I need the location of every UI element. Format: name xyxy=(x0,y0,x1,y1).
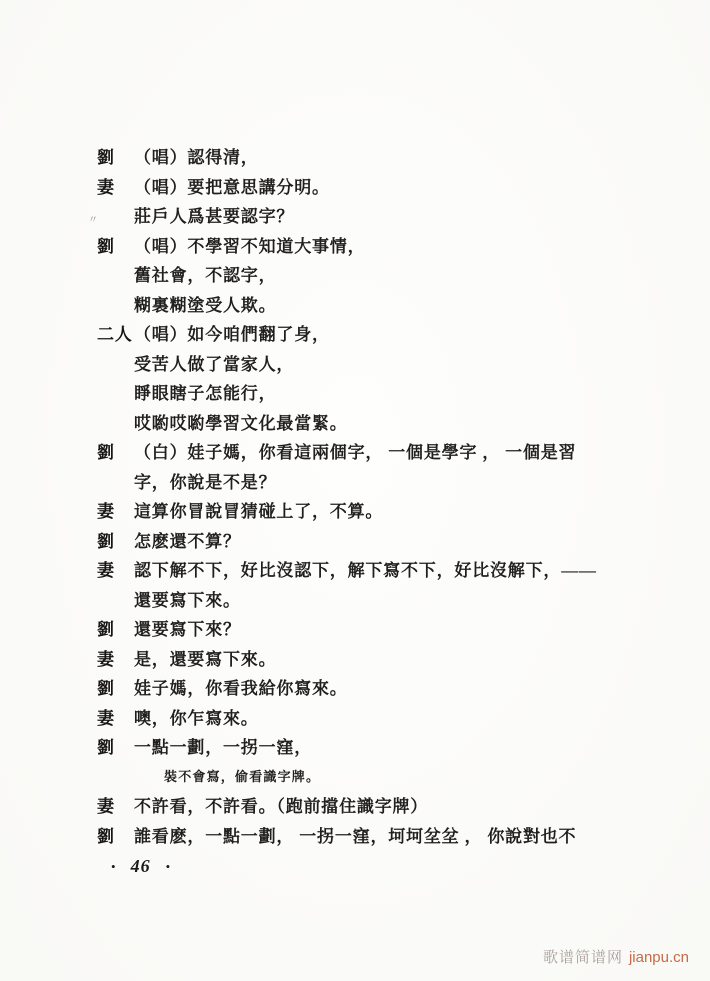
dialogue-text: （唱）不學習不知道大事情， xyxy=(134,232,365,257)
dialogue-line: 劉 一點一劃，一拐一窪， xyxy=(97,731,597,761)
dialogue-line: 睜眼瞎子怎能行， xyxy=(97,377,597,407)
dialogue-line: 劉 誰看麽，一點一劃， 一拐一窪，坷坷坌坌 ， 你說對也不 xyxy=(97,820,597,850)
dialogue-text: 還要寫下來。 xyxy=(134,586,241,611)
dialogue-line: 劉 （白）娃子媽，你看這兩個字， 一個是學字 ， 一個是習 xyxy=(97,436,597,466)
dialogue-line: 裝不會寫，偷看識字牌。 xyxy=(97,761,597,791)
watermark-site-name: 歌谱简谱网 xyxy=(543,946,623,967)
speaker-label: 劉 xyxy=(97,615,134,640)
dialogue-line: 〃 莊戶人爲甚要認字？ xyxy=(97,200,597,230)
page-number-dot-right: • xyxy=(166,860,171,873)
dialogue-text: 一點一劃，一拐一窪， xyxy=(134,733,312,758)
dialogue-text: 裝不會寫，偷看識字牌。 xyxy=(134,766,320,785)
dialogue-line: 糊裏糊塗受人欺。 xyxy=(97,289,597,319)
dialogue-text: 娃子媽，你看我給你寫來。 xyxy=(134,674,348,699)
dialogue-text: （唱）如今咱們翻了身， xyxy=(134,320,330,345)
page-number-value: 46 xyxy=(131,856,151,877)
speaker-label: 劉 xyxy=(97,822,134,847)
dialogue-text: 字，你說是不是？ xyxy=(134,468,276,493)
dialogue-text: 這算你冒說冒猜碰上了，不算。 xyxy=(134,497,383,522)
dialogue-line: 妻 是，還要寫下來。 xyxy=(97,643,597,673)
dialogue-text: 怎麽還不算？ xyxy=(134,527,241,552)
dialogue-line: 妻 這算你冒說冒猜碰上了，不算。 xyxy=(97,495,597,525)
dialogue-text: 糊裏糊塗受人欺。 xyxy=(134,291,276,316)
dialogue-line: 妻 不許看，不許看。（跑前擋住識字牌） xyxy=(97,790,597,820)
dialogue-text: 哎喲哎喲學習文化最當緊。 xyxy=(134,409,348,434)
dialogue-text: （白）娃子媽，你看這兩個字， 一個是學字 ， 一個是習 xyxy=(134,438,576,463)
dialogue-line: 劉 娃子媽，你看我給你寫來。 xyxy=(97,672,597,702)
scan-artifact-mark: 〃 xyxy=(88,211,99,226)
dialogue-text: 是，還要寫下來。 xyxy=(134,645,276,670)
watermark-url: jianpu.cn xyxy=(629,949,689,966)
watermark: 歌谱简谱网 jianpu.cn xyxy=(543,946,689,967)
page-number: • 46 • xyxy=(111,856,170,877)
dialogue-line: 字，你說是不是？ xyxy=(97,466,597,496)
dialogue-text: 還要寫下來？ xyxy=(134,615,241,640)
dialogue-line: 劉 （唱）認得清， xyxy=(97,141,597,171)
speaker-label: 劉 xyxy=(97,143,134,168)
speaker-label: 妻 xyxy=(97,497,134,522)
speaker-label: 妻 xyxy=(97,645,134,670)
dialogue-line: 劉 還要寫下來？ xyxy=(97,613,597,643)
speaker-label: 妻 xyxy=(97,704,134,729)
scanned-book-page: 劉 （唱）認得清， 妻 （唱）要把意思講分明。 〃 莊戶人爲甚要認字？ 劉 （唱… xyxy=(0,0,710,981)
dialogue-text: 噢，你乍寫來。 xyxy=(134,704,259,729)
dialogue-line: 舊社會，不認字， xyxy=(97,259,597,289)
dialogue-line: 哎喲哎喲學習文化最當緊。 xyxy=(97,407,597,437)
dialogue-line: 妻 噢，你乍寫來。 xyxy=(97,702,597,732)
speaker-label: 劉 xyxy=(97,438,134,463)
dialogue-text: （唱）認得清， xyxy=(134,143,259,168)
speaker-label: 劉 xyxy=(97,527,134,552)
speaker-label: 劉 xyxy=(97,232,134,257)
speaker-label: 劉 xyxy=(97,674,134,699)
speaker-label: 妻 xyxy=(97,173,134,198)
dialogue-text: 受苦人做了當家人， xyxy=(134,350,294,375)
dialogue-script: 劉 （唱）認得清， 妻 （唱）要把意思講分明。 〃 莊戶人爲甚要認字？ 劉 （唱… xyxy=(97,141,597,849)
dialogue-line: 還要寫下來。 xyxy=(97,584,597,614)
speaker-label: 妻 xyxy=(97,556,134,581)
dialogue-text: 誰看麽，一點一劃， 一拐一窪，坷坷坌坌 ， 你說對也不 xyxy=(134,822,576,847)
dialogue-line: 受苦人做了當家人， xyxy=(97,348,597,378)
page-number-dot-left: • xyxy=(111,860,116,873)
dialogue-line: 妻 （唱）要把意思講分明。 xyxy=(97,171,597,201)
speaker-label: 二人 xyxy=(97,320,134,345)
dialogue-line: 妻 認下解不下，好比沒認下，解下寫不下，好比沒解下，—— xyxy=(97,554,597,584)
dialogue-text: 舊社會，不認字， xyxy=(134,261,276,286)
dialogue-text: 莊戶人爲甚要認字？ xyxy=(134,202,294,227)
speaker-label: 劉 xyxy=(97,733,134,758)
dialogue-line: 劉 怎麽還不算？ xyxy=(97,525,597,555)
dialogue-text: 認下解不下，好比沒認下，解下寫不下，好比沒解下，—— xyxy=(134,556,597,581)
speaker-label: 妻 xyxy=(97,792,134,817)
dialogue-text: 睜眼瞎子怎能行， xyxy=(134,379,276,404)
dialogue-text: 不許看，不許看。（跑前擋住識字牌） xyxy=(134,792,428,817)
dialogue-line: 劉 （唱）不學習不知道大事情， xyxy=(97,230,597,260)
dialogue-line: 二人 （唱）如今咱們翻了身， xyxy=(97,318,597,348)
dialogue-text: （唱）要把意思講分明。 xyxy=(134,173,330,198)
